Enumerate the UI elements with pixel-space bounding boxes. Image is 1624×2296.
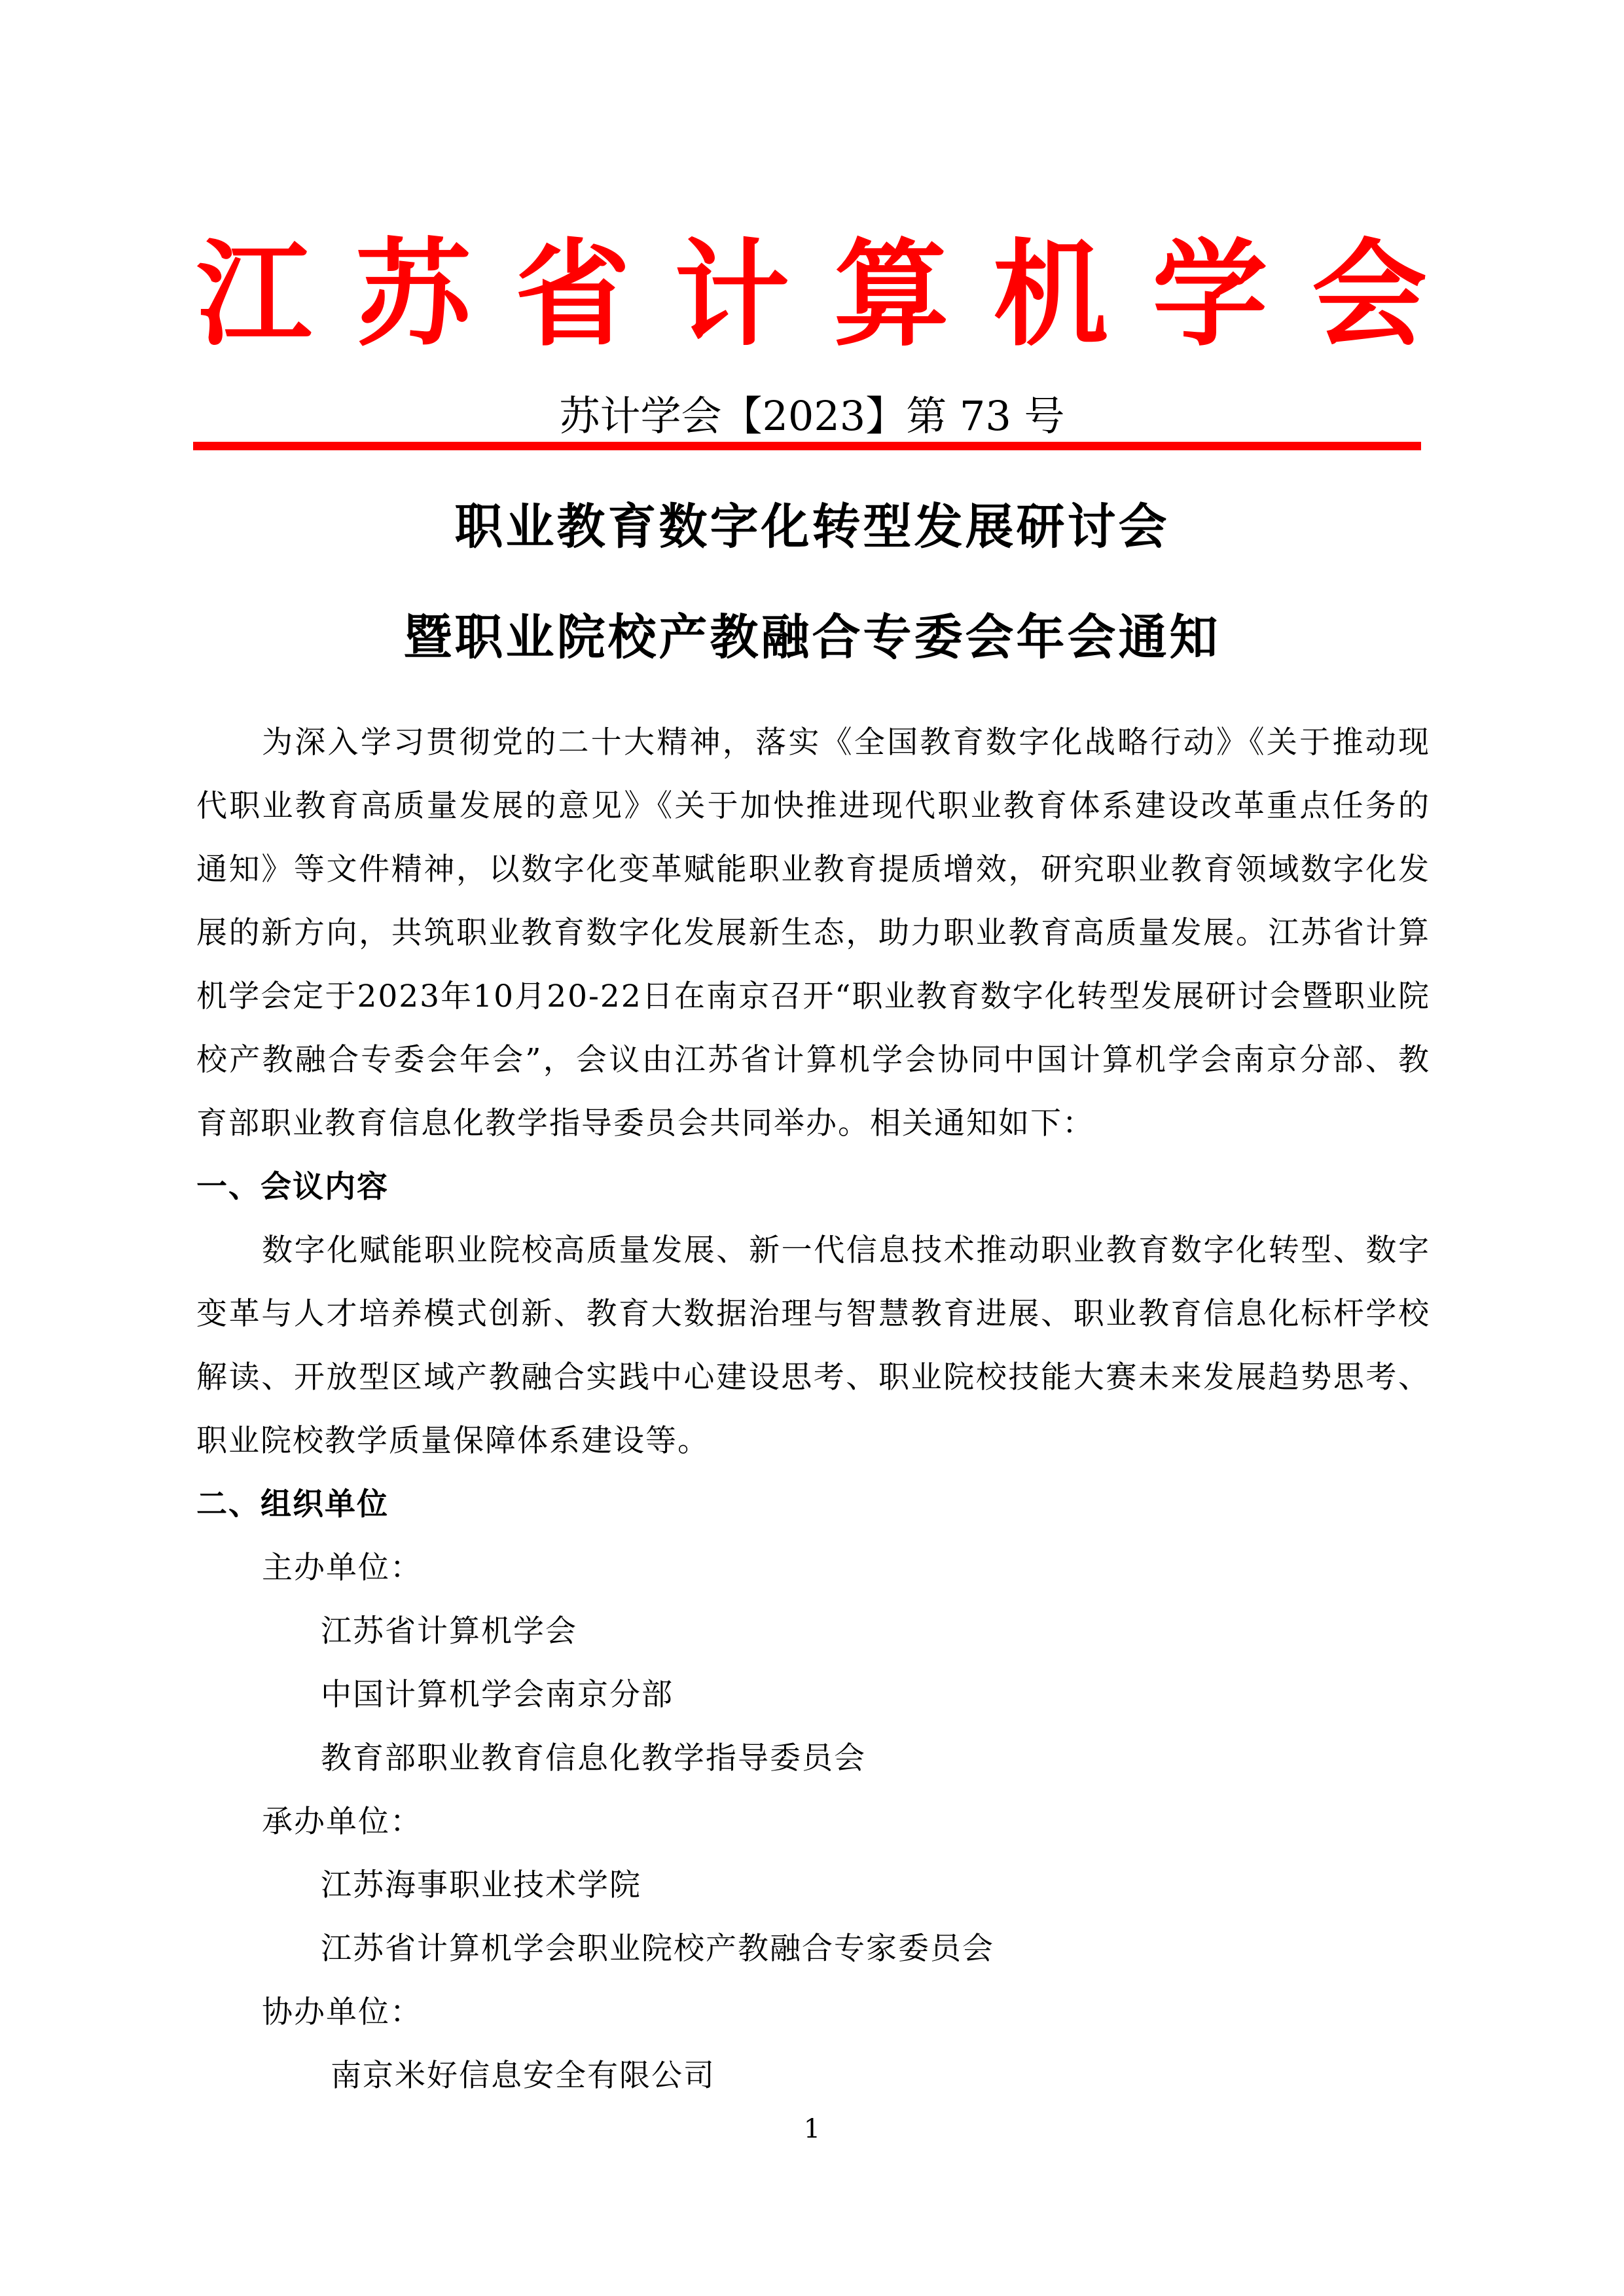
content-line: 变革与人才培养模式创新、教育大数据治理与智慧教育进展、职业教育信息化标杆学校 bbox=[196, 1282, 1430, 1346]
intro-line: 育部职业教育信息化教学指导委员会共同举办。相关通知如下： bbox=[196, 1092, 1430, 1155]
red-divider bbox=[193, 442, 1421, 450]
section-heading-organizers: 二、组织单位 bbox=[196, 1473, 389, 1536]
coorganizer-unit: 南京米好信息安全有限公司 bbox=[331, 2044, 715, 2108]
organizer-unit: 江苏省计算机学会职业院校产教融合专家委员会 bbox=[321, 1917, 994, 1981]
host-unit: 教育部职业教育信息化教学指导委员会 bbox=[321, 1727, 866, 1790]
intro-line: 通知》等文件精神，以数字化变革赋能职业教育提质增效，研究职业教育领域数字化发 bbox=[196, 838, 1430, 901]
intro-line: 展的新方向，共筑职业教育数字化发展新生态，助力职业教育高质量发展。江苏省计算 bbox=[196, 901, 1430, 965]
content-line: 数字化赋能职业院校高质量发展、新一代信息技术推动职业教育数字化转型、数字 bbox=[262, 1219, 1430, 1282]
host-unit: 江苏省计算机学会 bbox=[321, 1600, 577, 1663]
org-title: 江 苏 省 计 算 机 学 会 bbox=[196, 226, 1427, 363]
intro-line: 校产教融合专委会年会”，会议由江苏省计算机学会协同中国计算机学会南京分部、教 bbox=[196, 1028, 1430, 1092]
org-title-char: 算 bbox=[834, 226, 949, 363]
intro-line: 为深入学习贯彻党的二十大精神，落实《全国教育数字化战略行动》《关于推动现 bbox=[262, 711, 1430, 774]
intro-line: 机学会定于2023年10月20-22日在南京召开“职业教育数字化转型发展研讨会暨… bbox=[196, 965, 1430, 1028]
notice-title-line-2: 暨职业院校产教融合专委会年会通知 bbox=[0, 605, 1624, 670]
document-number: 苏计学会【2023】第 73 号 bbox=[0, 390, 1624, 442]
organizer-unit: 江苏海事职业技术学院 bbox=[321, 1854, 641, 1917]
coorganizer-label: 协办单位： bbox=[262, 1981, 422, 2044]
content-line: 职业院校教学质量保障体系建设等。 bbox=[196, 1409, 1430, 1473]
notice-title-line-1: 职业教育数字化转型发展研讨会 bbox=[0, 494, 1624, 560]
host-label: 主办单位： bbox=[262, 1536, 422, 1600]
organizer-label: 承办单位： bbox=[262, 1790, 422, 1854]
host-unit: 中国计算机学会南京分部 bbox=[321, 1663, 674, 1727]
org-title-char: 省 bbox=[515, 226, 630, 363]
content-line: 解读、开放型区域产教融合实践中心建设思考、职业院校技能大赛未来发展趋势思考、 bbox=[196, 1346, 1430, 1409]
section-heading-meeting-content: 一、会议内容 bbox=[196, 1155, 389, 1219]
org-title-char: 江 bbox=[196, 226, 312, 363]
page-number: 1 bbox=[0, 2111, 1624, 2147]
org-title-char: 苏 bbox=[355, 226, 471, 363]
intro-line: 代职业教育高质量发展的意见》《关于加快推进现代职业教育体系建设改革重点任务的 bbox=[196, 774, 1430, 838]
org-title-char: 会 bbox=[1312, 226, 1427, 363]
org-title-char: 机 bbox=[993, 226, 1108, 363]
org-title-char: 学 bbox=[1153, 226, 1268, 363]
org-title-char: 计 bbox=[674, 226, 789, 363]
